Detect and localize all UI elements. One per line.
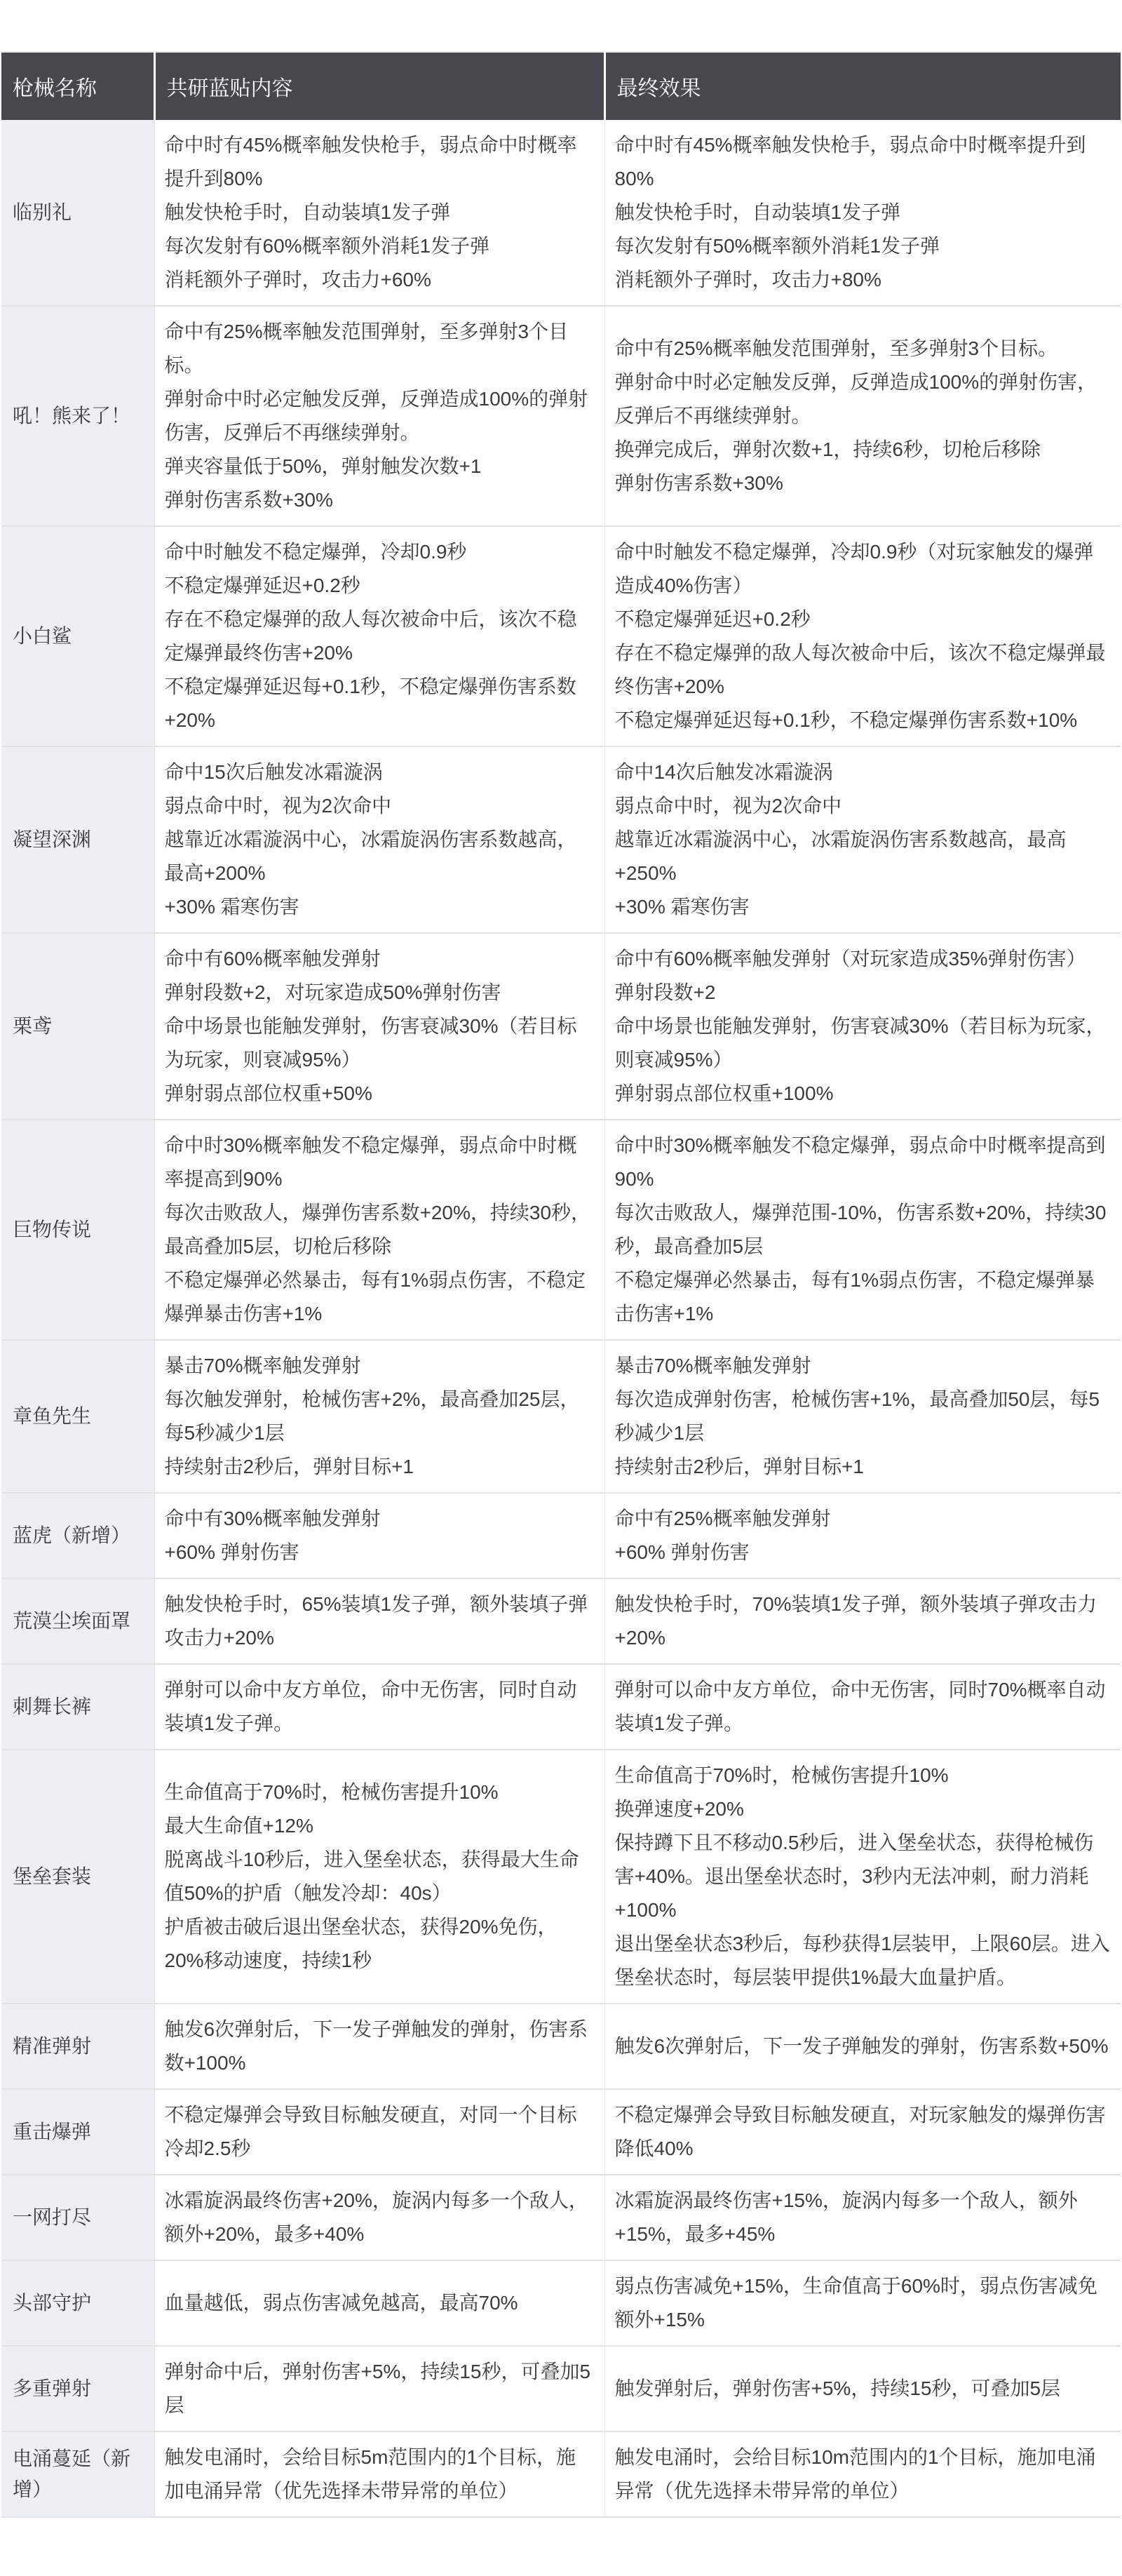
final-paragraph: 冰霜旋涡最终伤害+15%，旋涡内每多一个敌人，额外+15%，最多+45% xyxy=(615,2184,1111,2251)
final-paragraph: +30% 霜寒伤害 xyxy=(615,890,1111,924)
final-paragraph: 弹射弱点部位权重+100% xyxy=(615,1077,1111,1111)
final-paragraph: 不稳定爆弹必然暴击，每有1%弱点伤害，不稳定爆弹暴击伤害+1% xyxy=(615,1263,1111,1331)
final-effect-cell: 触发电涌时，会给目标10m范围内的1个目标，施加电涌异常（优先选择未带异常的单位… xyxy=(604,2431,1121,2517)
weapon-name: 精准弹射 xyxy=(1,2004,154,2089)
final-effect-cell: 生命值高于70%时，枪械伤害提升10%换弹速度+20%保持蹲下且不移动0.5秒后… xyxy=(604,1750,1121,2004)
blueprint-paragraph: 命中时有45%概率触发快枪手，弱点命中时概率提升到80% xyxy=(165,128,595,196)
final-paragraph: 命中时触发不稳定爆弹，冷却0.9秒（对玩家触发的爆弹造成40%伤害） xyxy=(615,535,1111,603)
weapon-name: 巨物传说 xyxy=(1,1120,154,1340)
table-body: 临别礼 命中时有45%概率触发快枪手，弱点命中时概率提升到80%触发快枪手时，自… xyxy=(1,120,1121,2517)
blueprint-paragraph: 冰霜旋涡最终伤害+20%，旋涡内每多一个敌人，额外+20%，最多+40% xyxy=(165,2184,595,2251)
blueprint-cell: 弹射命中后，弹射伤害+5%，持续15秒，可叠加5层 xyxy=(154,2346,604,2431)
blueprint-paragraph: 每次击败敌人，爆弹伤害系数+20%，持续30秒，最高叠加5层，切枪后移除 xyxy=(165,1196,595,1263)
blueprint-paragraph: 触发快枪手时，65%装填1发子弹，额外装填子弹攻击力+20% xyxy=(165,1588,595,1655)
table-row: 章鱼先生 暴击70%概率触发弹射每次触发弹射，枪械伤害+2%，最高叠加25层，每… xyxy=(1,1340,1121,1493)
final-paragraph: 每次造成弹射伤害，枪械伤害+1%，最高叠加50层，每5秒减少1层 xyxy=(615,1383,1111,1450)
final-paragraph: 命中有60%概率触发弹射（对玩家造成35%弹射伤害） xyxy=(615,942,1111,976)
final-effect-cell: 命中有25%概率触发弹射+60% 弹射伤害 xyxy=(604,1493,1121,1578)
blueprint-paragraph: 命中有60%概率触发弹射 xyxy=(165,942,595,976)
weapon-name: 蓝虎（新增） xyxy=(1,1493,154,1578)
blueprint-paragraph: 脱离战斗10秒后，进入堡垒状态，获得最大生命值50%的护盾（触发冷却：40s） xyxy=(165,1843,595,1910)
blueprint-paragraph: 越靠近冰霜漩涡中心，冰霜旋涡伤害系数越高，最高+200% xyxy=(165,823,595,890)
blueprint-paragraph: 持续射击2秒后，弹射目标+1 xyxy=(165,1450,595,1484)
blueprint-paragraph: 弹射伤害系数+30% xyxy=(165,483,595,517)
final-paragraph: 命中时30%概率触发不稳定爆弹，弱点命中时概率提高到90% xyxy=(615,1129,1111,1196)
blueprint-cell: 不稳定爆弹会导致目标触发硬直，对同一个目标冷却2.5秒 xyxy=(154,2089,604,2175)
final-effect-cell: 命中14次后触发冰霜漩涡弱点命中时，视为2次命中越靠近冰霜漩涡中心，冰霜旋涡伤害… xyxy=(604,746,1121,933)
blueprint-paragraph: 不稳定爆弹会导致目标触发硬直，对同一个目标冷却2.5秒 xyxy=(165,2098,595,2166)
table-row: 栗鸢 命中有60%概率触发弹射弹射段数+2，对玩家造成50%弹射伤害命中场景也能… xyxy=(1,933,1121,1120)
blueprint-cell: 冰霜旋涡最终伤害+20%，旋涡内每多一个敌人，额外+20%，最多+40% xyxy=(154,2175,604,2260)
table-row: 凝望深渊 命中15次后触发冰霜漩涡弱点命中时，视为2次命中越靠近冰霜漩涡中心，冰… xyxy=(1,746,1121,933)
blueprint-cell: 暴击70%概率触发弹射每次触发弹射，枪械伤害+2%，最高叠加25层，每5秒减少1… xyxy=(154,1340,604,1493)
table-row: 荒漠尘埃面罩 触发快枪手时，65%装填1发子弹，额外装填子弹攻击力+20% 触发… xyxy=(1,1578,1121,1664)
blueprint-cell: 触发快枪手时，65%装填1发子弹，额外装填子弹攻击力+20% xyxy=(154,1578,604,1664)
final-paragraph: 弹射可以命中友方单位，命中无伤害，同时70%概率自动装填1发子弹。 xyxy=(615,1673,1111,1740)
blueprint-cell: 命中有30%概率触发弹射+60% 弹射伤害 xyxy=(154,1493,604,1578)
final-paragraph: 触发快枪手时，70%装填1发子弹，额外装填子弹攻击力+20% xyxy=(615,1588,1111,1655)
blueprint-paragraph: 触发快枪手时，自动装填1发子弹 xyxy=(165,196,595,229)
final-effect-cell: 命中有25%概率触发范围弹射，至多弹射3个目标。弹射命中时必定触发反弹，反弹造成… xyxy=(604,306,1121,526)
column-header-blueprint-content: 共研蓝贴内容 xyxy=(154,52,604,120)
final-paragraph: +60% 弹射伤害 xyxy=(615,1536,1111,1569)
table-row: 头部守护 血量越低，弱点伤害减免越高，最高70% 弱点伤害减免+15%，生命值高… xyxy=(1,2260,1121,2346)
blueprint-cell: 弹射可以命中友方单位，命中无伤害，同时自动装填1发子弹。 xyxy=(154,1664,604,1750)
final-paragraph: 触发电涌时，会给目标10m范围内的1个目标，施加电涌异常（优先选择未带异常的单位… xyxy=(615,2441,1111,2508)
final-effect-cell: 弹射可以命中友方单位，命中无伤害，同时70%概率自动装填1发子弹。 xyxy=(604,1664,1121,1750)
weapon-name: 凝望深渊 xyxy=(1,746,154,933)
table-row: 吼！熊来了！ 命中有25%概率触发范围弹射，至多弹射3个目标。弹射命中时必定触发… xyxy=(1,306,1121,526)
final-effect-cell: 触发快枪手时，70%装填1发子弹，额外装填子弹攻击力+20% xyxy=(604,1578,1121,1664)
final-effect-cell: 命中时30%概率触发不稳定爆弹，弱点命中时概率提高到90%每次击败敌人，爆弹范围… xyxy=(604,1120,1121,1340)
blueprint-paragraph: 生命值高于70%时，枪械伤害提升10% xyxy=(165,1776,595,1809)
blueprint-paragraph: 弹射弱点部位权重+50% xyxy=(165,1077,595,1111)
final-paragraph: 命中场景也能触发弹射，伤害衰减30%（若目标为玩家，则衰减95%） xyxy=(615,1009,1111,1077)
weapon-name: 吼！熊来了！ xyxy=(1,306,154,526)
final-paragraph: 命中14次后触发冰霜漩涡 xyxy=(615,756,1111,789)
final-paragraph: 每次击败敌人，爆弹范围-10%，伤害系数+20%，持续30秒，最高叠加5层 xyxy=(615,1196,1111,1263)
final-paragraph: 持续射击2秒后，弹射目标+1 xyxy=(615,1450,1111,1484)
table-row: 临别礼 命中时有45%概率触发快枪手，弱点命中时概率提升到80%触发快枪手时，自… xyxy=(1,120,1121,306)
final-effect-cell: 不稳定爆弹会导致目标触发硬直，对玩家触发的爆弹伤害降低40% xyxy=(604,2089,1121,2175)
blueprint-cell: 命中时30%概率触发不稳定爆弹，弱点命中时概率提高到90%每次击败敌人，爆弹伤害… xyxy=(154,1120,604,1340)
final-effect-cell: 冰霜旋涡最终伤害+15%，旋涡内每多一个敌人，额外+15%，最多+45% xyxy=(604,2175,1121,2260)
weapon-name: 重击爆弹 xyxy=(1,2089,154,2175)
final-paragraph: 弹射伤害系数+30% xyxy=(615,467,1111,500)
final-paragraph: 触发快枪手时，自动装填1发子弹 xyxy=(615,196,1111,229)
blueprint-paragraph: 每次触发弹射，枪械伤害+2%，最高叠加25层，每5秒减少1层 xyxy=(165,1383,595,1450)
weapon-name: 章鱼先生 xyxy=(1,1340,154,1493)
blueprint-paragraph: 命中15次后触发冰霜漩涡 xyxy=(165,756,595,789)
table-row: 蓝虎（新增） 命中有30%概率触发弹射+60% 弹射伤害 命中有25%概率触发弹… xyxy=(1,1493,1121,1578)
blueprint-cell: 触发6次弹射后，下一发子弹触发的弹射，伤害系数+100% xyxy=(154,2004,604,2089)
final-paragraph: 消耗额外子弹时，攻击力+80% xyxy=(615,263,1111,297)
weapon-name: 栗鸢 xyxy=(1,933,154,1120)
weapon-name: 堡垒套装 xyxy=(1,1750,154,2004)
blueprint-paragraph: 血量越低，弱点伤害减免越高，最高70% xyxy=(165,2286,595,2320)
table-row: 一网打尽 冰霜旋涡最终伤害+20%，旋涡内每多一个敌人，额外+20%，最多+40… xyxy=(1,2175,1121,2260)
table-row: 巨物传说 命中时30%概率触发不稳定爆弹，弱点命中时概率提高到90%每次击败敌人… xyxy=(1,1120,1121,1340)
blueprint-cell: 生命值高于70%时，枪械伤害提升10%最大生命值+12%脱离战斗10秒后，进入堡… xyxy=(154,1750,604,2004)
table-row: 多重弹射 弹射命中后，弹射伤害+5%，持续15秒，可叠加5层 触发弹射后，弹射伤… xyxy=(1,2346,1121,2431)
blueprint-paragraph: 每次发射有60%概率额外消耗1发子弹 xyxy=(165,229,595,263)
blueprint-paragraph: 弹射可以命中友方单位，命中无伤害，同时自动装填1发子弹。 xyxy=(165,1673,595,1740)
final-paragraph: 不稳定爆弹延迟+0.2秒 xyxy=(615,603,1111,636)
blueprint-paragraph: 弱点命中时，视为2次命中 xyxy=(165,789,595,823)
blueprint-cell: 命中15次后触发冰霜漩涡弱点命中时，视为2次命中越靠近冰霜漩涡中心，冰霜旋涡伤害… xyxy=(154,746,604,933)
final-paragraph: 触发6次弹射后，下一发子弹触发的弹射，伤害系数+50% xyxy=(615,2030,1111,2063)
final-paragraph: 触发弹射后，弹射伤害+5%，持续15秒，可叠加5层 xyxy=(615,2372,1111,2406)
final-paragraph: 弹射命中时必定触发反弹，反弹造成100%的弹射伤害，反弹后不再继续弹射。 xyxy=(615,365,1111,433)
blueprint-paragraph: 触发6次弹射后，下一发子弹触发的弹射，伤害系数+100% xyxy=(165,2013,595,2080)
weapon-name: 荒漠尘埃面罩 xyxy=(1,1578,154,1664)
blueprint-paragraph: 护盾被击破后退出堡垒状态，获得20%免伤，20%移动速度，持续1秒 xyxy=(165,1910,595,1978)
blueprint-cell: 血量越低，弱点伤害减免越高，最高70% xyxy=(154,2260,604,2346)
blueprint-paragraph: 不稳定爆弹延迟每+0.1秒，不稳定爆弹伤害系数+20% xyxy=(165,670,595,737)
final-effect-cell: 弱点伤害减免+15%，生命值高于60%时，弱点伤害减免额外+15% xyxy=(604,2260,1121,2346)
final-paragraph: 换弹完成后，弹射次数+1，持续6秒，切枪后移除 xyxy=(615,433,1111,467)
blueprint-paragraph: 命中有30%概率触发弹射 xyxy=(165,1502,595,1536)
blueprint-cell: 命中时触发不稳定爆弹，冷却0.9秒不稳定爆弹延迟+0.2秒存在不稳定爆弹的敌人每… xyxy=(154,526,604,746)
final-paragraph: 保持蹲下且不移动0.5秒后，进入堡垒状态，获得枪械伤害+40%。退出堡垒状态时，… xyxy=(615,1826,1111,1927)
blueprint-paragraph: 弹射段数+2，对玩家造成50%弹射伤害 xyxy=(165,976,595,1009)
weapon-name: 头部守护 xyxy=(1,2260,154,2346)
blueprint-paragraph: 存在不稳定爆弹的敌人每次被命中后，该次不稳定爆弹最终伤害+20% xyxy=(165,603,595,670)
table-row: 重击爆弹 不稳定爆弹会导致目标触发硬直，对同一个目标冷却2.5秒 不稳定爆弹会导… xyxy=(1,2089,1121,2175)
blueprint-paragraph: 命中时30%概率触发不稳定爆弹，弱点命中时概率提高到90% xyxy=(165,1129,595,1196)
final-paragraph: 不稳定爆弹延迟每+0.1秒，不稳定爆弹伤害系数+10% xyxy=(615,704,1111,737)
table-row: 电涌蔓延（新增） 触发电涌时，会给目标5m范围内的1个目标，施加电涌异常（优先选… xyxy=(1,2431,1121,2517)
final-paragraph: 弱点伤害减免+15%，生命值高于60%时，弱点伤害减免额外+15% xyxy=(615,2269,1111,2337)
final-paragraph: 退出堡垒状态3秒后，每秒获得1层装甲，上限60层。进入堡垒状态时，每层装甲提供1… xyxy=(615,1927,1111,1994)
final-effect-cell: 暴击70%概率触发弹射每次造成弹射伤害，枪械伤害+1%，最高叠加50层，每5秒减… xyxy=(604,1340,1121,1493)
table-row: 小白鲨 命中时触发不稳定爆弹，冷却0.9秒不稳定爆弹延迟+0.2秒存在不稳定爆弹… xyxy=(1,526,1121,746)
weapon-name: 多重弹射 xyxy=(1,2346,154,2431)
final-effect-cell: 命中有60%概率触发弹射（对玩家造成35%弹射伤害）弹射段数+2命中场景也能触发… xyxy=(604,933,1121,1120)
weapon-name: 临别礼 xyxy=(1,120,154,306)
blueprint-paragraph: 触发电涌时，会给目标5m范围内的1个目标，施加电涌异常（优先选择未带异常的单位） xyxy=(165,2441,595,2508)
table-row: 堡垒套装 生命值高于70%时，枪械伤害提升10%最大生命值+12%脱离战斗10秒… xyxy=(1,1750,1121,2004)
blueprint-paragraph: 命中场景也能触发弹射，伤害衰减30%（若目标为玩家，则衰减95%） xyxy=(165,1009,595,1077)
blueprint-cell: 触发电涌时，会给目标5m范围内的1个目标，施加电涌异常（优先选择未带异常的单位） xyxy=(154,2431,604,2517)
final-paragraph: 弱点命中时，视为2次命中 xyxy=(615,789,1111,823)
final-effect-cell: 命中时有45%概率触发快枪手，弱点命中时概率提升到80%触发快枪手时，自动装填1… xyxy=(604,120,1121,306)
final-paragraph: 生命值高于70%时，枪械伤害提升10% xyxy=(615,1759,1111,1792)
column-header-final-effect: 最终效果 xyxy=(604,52,1121,120)
final-paragraph: 弹射段数+2 xyxy=(615,976,1111,1009)
weapon-name: 小白鲨 xyxy=(1,526,154,746)
blueprint-paragraph: 不稳定爆弹必然暴击，每有1%弱点伤害，不稳定爆弹暴击伤害+1% xyxy=(165,1263,595,1331)
blueprint-paragraph: +30% 霜寒伤害 xyxy=(165,890,595,924)
blueprint-paragraph: 暴击70%概率触发弹射 xyxy=(165,1349,595,1383)
final-effect-cell: 触发弹射后，弹射伤害+5%，持续15秒，可叠加5层 xyxy=(604,2346,1121,2431)
final-paragraph: 命中有25%概率触发弹射 xyxy=(615,1502,1111,1536)
blueprint-paragraph: 命中时触发不稳定爆弹，冷却0.9秒 xyxy=(165,535,595,569)
blueprint-cell: 命中时有45%概率触发快枪手，弱点命中时概率提升到80%触发快枪手时，自动装填1… xyxy=(154,120,604,306)
weapon-name: 刺舞长裤 xyxy=(1,1664,154,1750)
header-row: 枪械名称 共研蓝贴内容 最终效果 xyxy=(1,52,1121,120)
table-row: 刺舞长裤 弹射可以命中友方单位，命中无伤害，同时自动装填1发子弹。 弹射可以命中… xyxy=(1,1664,1121,1750)
blueprint-paragraph: 不稳定爆弹延迟+0.2秒 xyxy=(165,569,595,603)
page-content: 枪械名称 共研蓝贴内容 最终效果 临别礼 命中时有45%概率触发快枪手，弱点命中… xyxy=(0,0,1122,2518)
blueprint-paragraph: 最大生命值+12% xyxy=(165,1809,595,1843)
final-effect-cell: 命中时触发不稳定爆弹，冷却0.9秒（对玩家触发的爆弹造成40%伤害）不稳定爆弹延… xyxy=(604,526,1121,746)
blueprint-paragraph: 弹射命中时必定触发反弹，反弹造成100%的弹射伤害，反弹后不再继续弹射。 xyxy=(165,382,595,450)
table-header: 枪械名称 共研蓝贴内容 最终效果 xyxy=(1,52,1121,120)
blueprint-paragraph: 弹夹容量低于50%，弹射触发次数+1 xyxy=(165,450,595,483)
blueprint-cell: 命中有60%概率触发弹射弹射段数+2，对玩家造成50%弹射伤害命中场景也能触发弹… xyxy=(154,933,604,1120)
table-row: 精准弹射 触发6次弹射后，下一发子弹触发的弹射，伤害系数+100% 触发6次弹射… xyxy=(1,2004,1121,2089)
final-paragraph: 不稳定爆弹会导致目标触发硬直，对玩家触发的爆弹伤害降低40% xyxy=(615,2098,1111,2166)
weapon-name: 电涌蔓延（新增） xyxy=(1,2431,154,2517)
final-paragraph: 暴击70%概率触发弹射 xyxy=(615,1349,1111,1383)
blueprint-paragraph: 弹射命中后，弹射伤害+5%，持续15秒，可叠加5层 xyxy=(165,2355,595,2422)
weapon-name: 一网打尽 xyxy=(1,2175,154,2260)
blueprint-cell: 命中有25%概率触发范围弹射，至多弹射3个目标。弹射命中时必定触发反弹，反弹造成… xyxy=(154,306,604,526)
final-paragraph: 命中时有45%概率触发快枪手，弱点命中时概率提升到80% xyxy=(615,128,1111,196)
final-paragraph: 存在不稳定爆弹的敌人每次被命中后，该次不稳定爆弹最终伤害+20% xyxy=(615,636,1111,704)
final-effect-cell: 触发6次弹射后，下一发子弹触发的弹射，伤害系数+50% xyxy=(604,2004,1121,2089)
final-paragraph: 换弹速度+20% xyxy=(615,1792,1111,1826)
blueprint-paragraph: 消耗额外子弹时，攻击力+60% xyxy=(165,263,595,297)
final-paragraph: 命中有25%概率触发范围弹射，至多弹射3个目标。 xyxy=(615,332,1111,365)
column-header-weapon-name: 枪械名称 xyxy=(1,52,154,120)
weapon-balance-table: 枪械名称 共研蓝贴内容 最终效果 临别礼 命中时有45%概率触发快枪手，弱点命中… xyxy=(1,51,1121,2518)
final-paragraph: 每次发射有50%概率额外消耗1发子弹 xyxy=(615,229,1111,263)
final-paragraph: 越靠近冰霜漩涡中心，冰霜旋涡伤害系数越高，最高+250% xyxy=(615,823,1111,890)
blueprint-paragraph: +60% 弹射伤害 xyxy=(165,1536,595,1569)
blueprint-paragraph: 命中有25%概率触发范围弹射，至多弹射3个目标。 xyxy=(165,315,595,382)
